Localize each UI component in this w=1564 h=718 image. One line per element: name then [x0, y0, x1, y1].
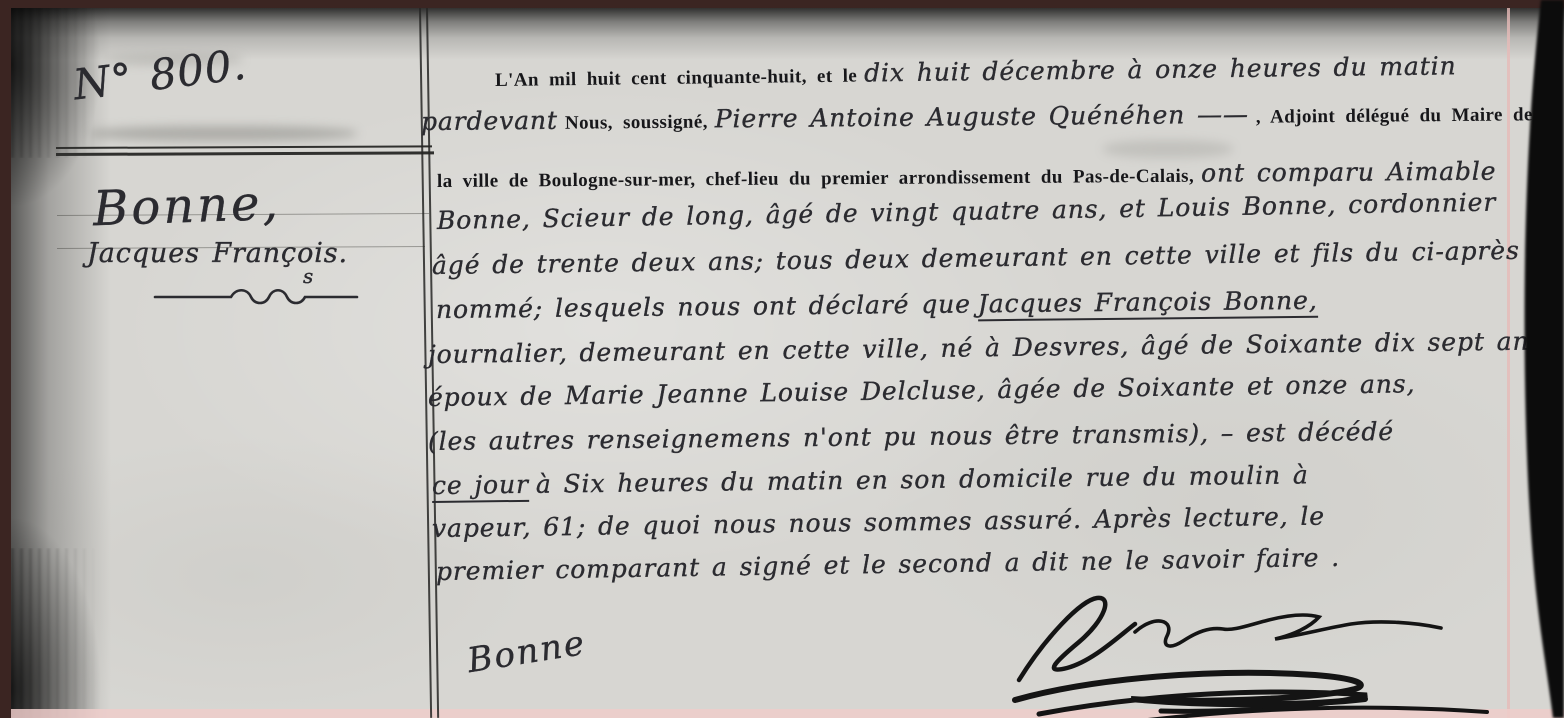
- page-edge-right: [0, 0, 1564, 718]
- scanned-register-page: N° 800. Bonne, Jacques François. s L'An …: [0, 0, 1564, 718]
